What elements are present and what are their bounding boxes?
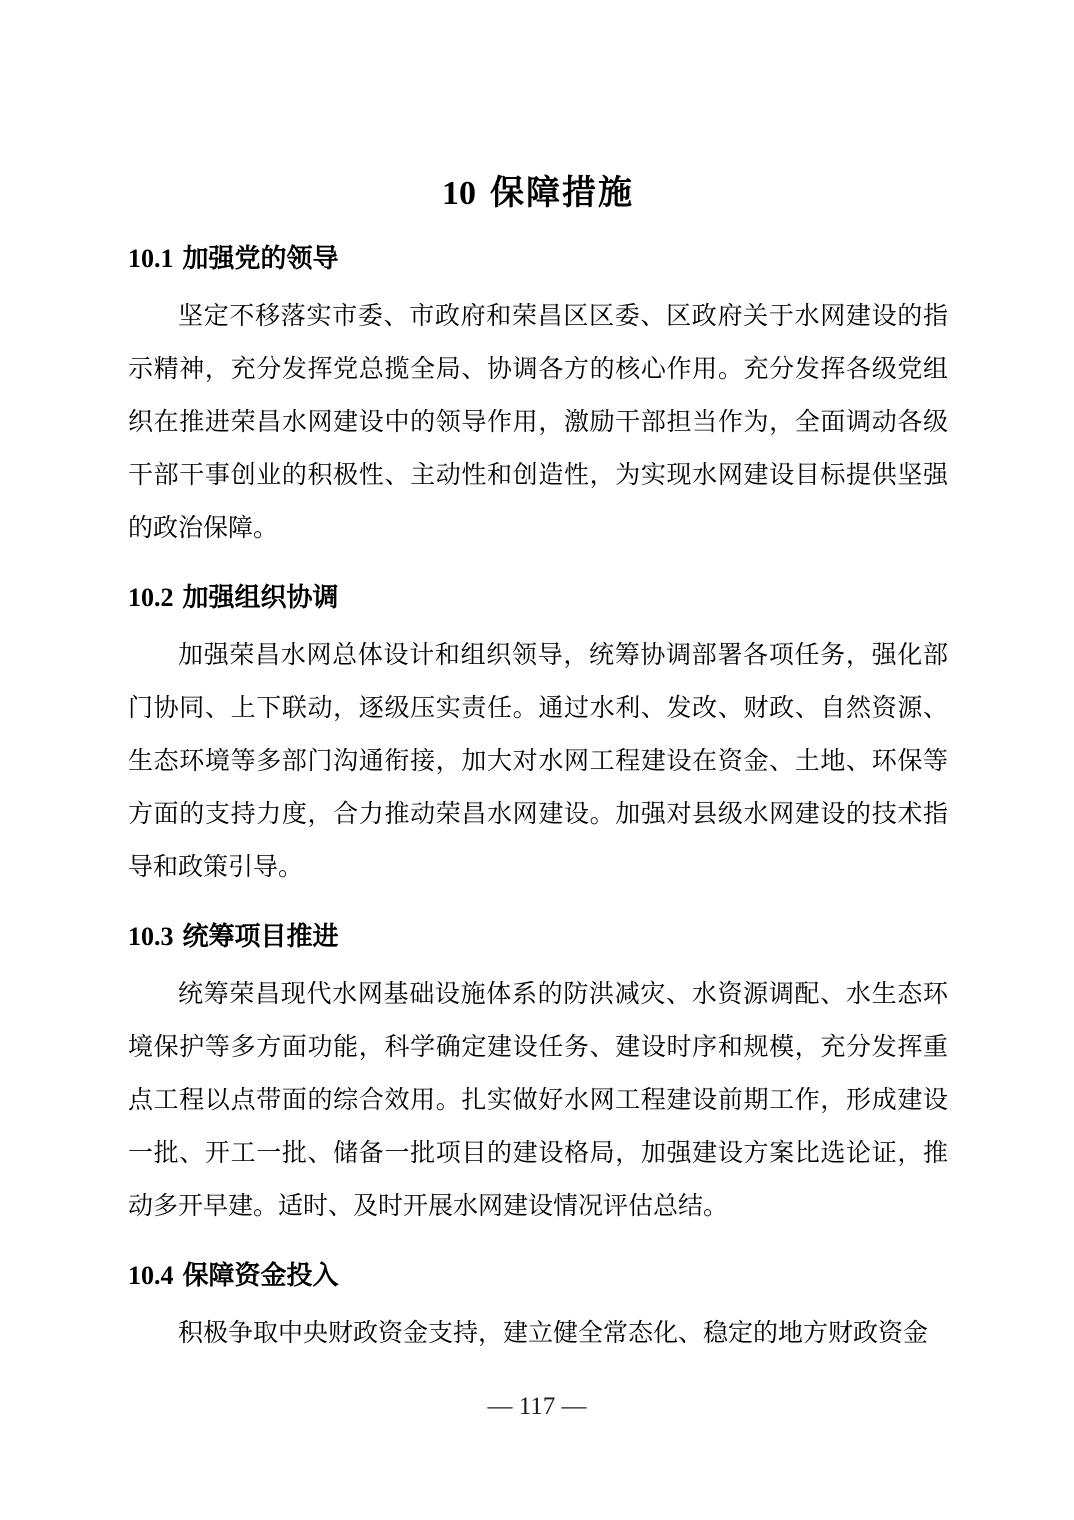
section-heading-text: 加强党的领导 [183,244,339,273]
section-heading: 10.4保障资金投入 [128,1259,948,1293]
section-paragraph: 坚定不移落实市委、市政府和荣昌区区委、区政府关于水网建设的指示精神，充分发挥党总… [128,290,948,555]
section-number: 10.3 [128,922,174,951]
page-title: 10保障措施 [128,172,948,216]
section-heading: 10.1加强党的领导 [128,242,948,276]
section-paragraph: 加强荣昌水网总体设计和组织领导，统筹协调部署各项任务，强化部门协同、上下联动，逐… [128,629,948,894]
section-number: 10.1 [128,244,174,273]
section-paragraph: 统筹荣昌现代水网基础设施体系的防洪减灾、水资源调配、水生态环境保护等多方面功能，… [128,968,948,1233]
section-heading-text: 加强组织协调 [183,583,339,612]
chapter-title-text: 保障措施 [490,175,634,212]
section-10-4: 10.4保障资金投入 积极争取中央财政资金支持，建立健全常态化、稳定的地方财政资… [128,1259,948,1360]
section-heading-text: 统筹项目推进 [183,922,339,951]
chapter-number: 10 [442,175,476,212]
section-heading: 10.2加强组织协调 [128,581,948,615]
section-10-3: 10.3统筹项目推进 统筹荣昌现代水网基础设施体系的防洪减灾、水资源调配、水生态… [128,920,948,1233]
section-number: 10.4 [128,1261,174,1290]
page-number: — 117 — [0,1392,1074,1422]
section-10-1: 10.1加强党的领导 坚定不移落实市委、市政府和荣昌区区委、区政府关于水网建设的… [128,242,948,555]
section-number: 10.2 [128,583,174,612]
document-page: 10保障措施 10.1加强党的领导 坚定不移落实市委、市政府和荣昌区区委、区政府… [0,0,1074,1520]
section-10-2: 10.2加强组织协调 加强荣昌水网总体设计和组织领导，统筹协调部署各项任务，强化… [128,581,948,894]
section-heading-text: 保障资金投入 [183,1261,339,1290]
section-paragraph: 积极争取中央财政资金支持，建立健全常态化、稳定的地方财政资金 [128,1307,948,1360]
section-heading: 10.3统筹项目推进 [128,920,948,954]
